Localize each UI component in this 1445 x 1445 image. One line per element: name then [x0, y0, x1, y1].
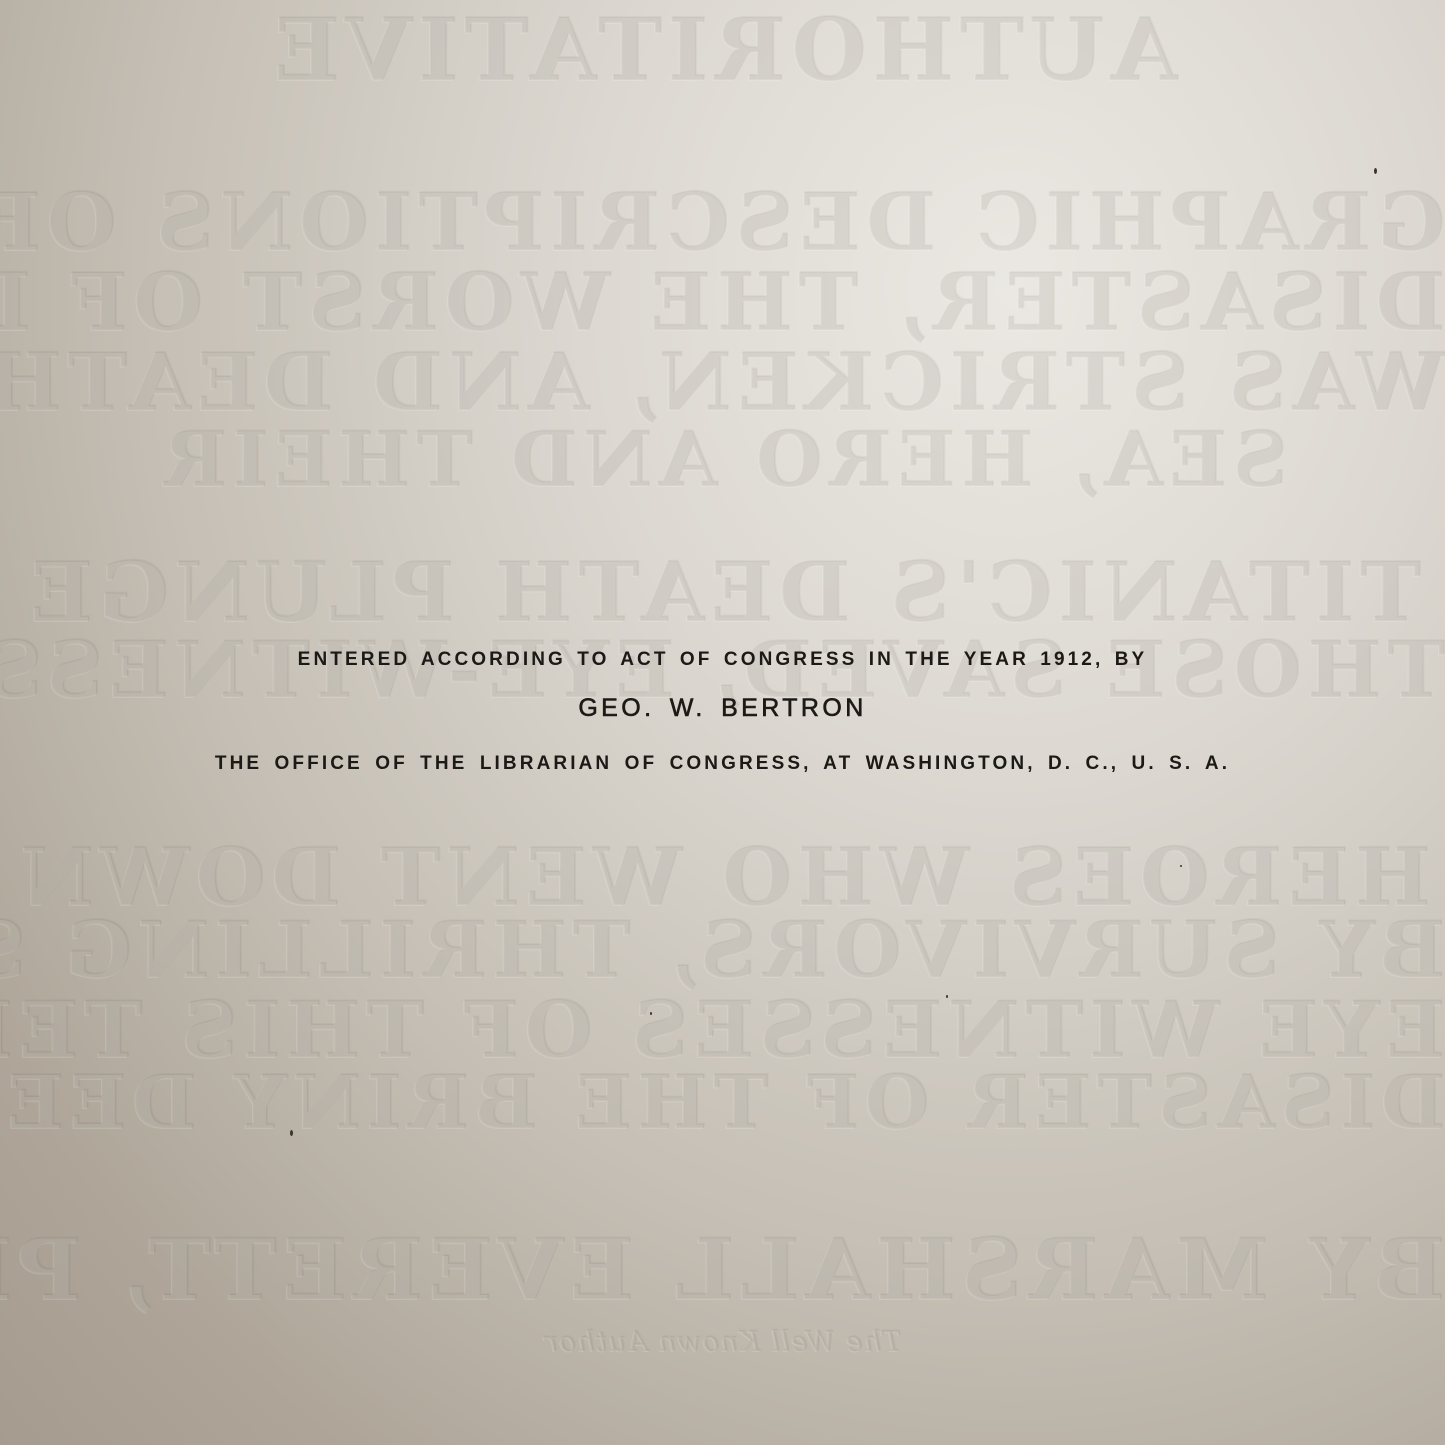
show-through-line: BY MARSHALL EVERETT, PH.D., LL.D.	[0, 1220, 1445, 1319]
paper-speck	[1374, 168, 1377, 174]
show-through-line: The Well Known Author	[0, 1325, 1445, 1358]
show-through-line: SEA, HERO AND THEIR	[0, 415, 1445, 504]
show-through-line: AUTHORITATIVE	[0, 0, 1445, 101]
paper-speck	[1180, 865, 1182, 867]
show-through-line: BY SURVIVORS, THRILLING STORIES TOLD	[0, 905, 1445, 996]
paper-speck	[650, 1012, 652, 1015]
copyright-holder: GEO. W. BERTRON	[0, 694, 1445, 723]
copyright-entry-line: ENTERED ACCORDING TO ACT OF CONGRESS IN …	[0, 649, 1445, 671]
paper-speck	[290, 1130, 293, 1136]
copyright-page: AUTHORITATIVE GRAPHIC DESCRIPTIONS OF TH…	[0, 0, 1445, 1445]
show-through-line: DISASTER OF THE BRINY DEEP	[0, 1060, 1445, 1146]
copyright-office-line: THE OFFICE OF THE LIBRARIAN OF CONGRESS,…	[0, 753, 1445, 775]
paper-speck	[946, 995, 948, 998]
